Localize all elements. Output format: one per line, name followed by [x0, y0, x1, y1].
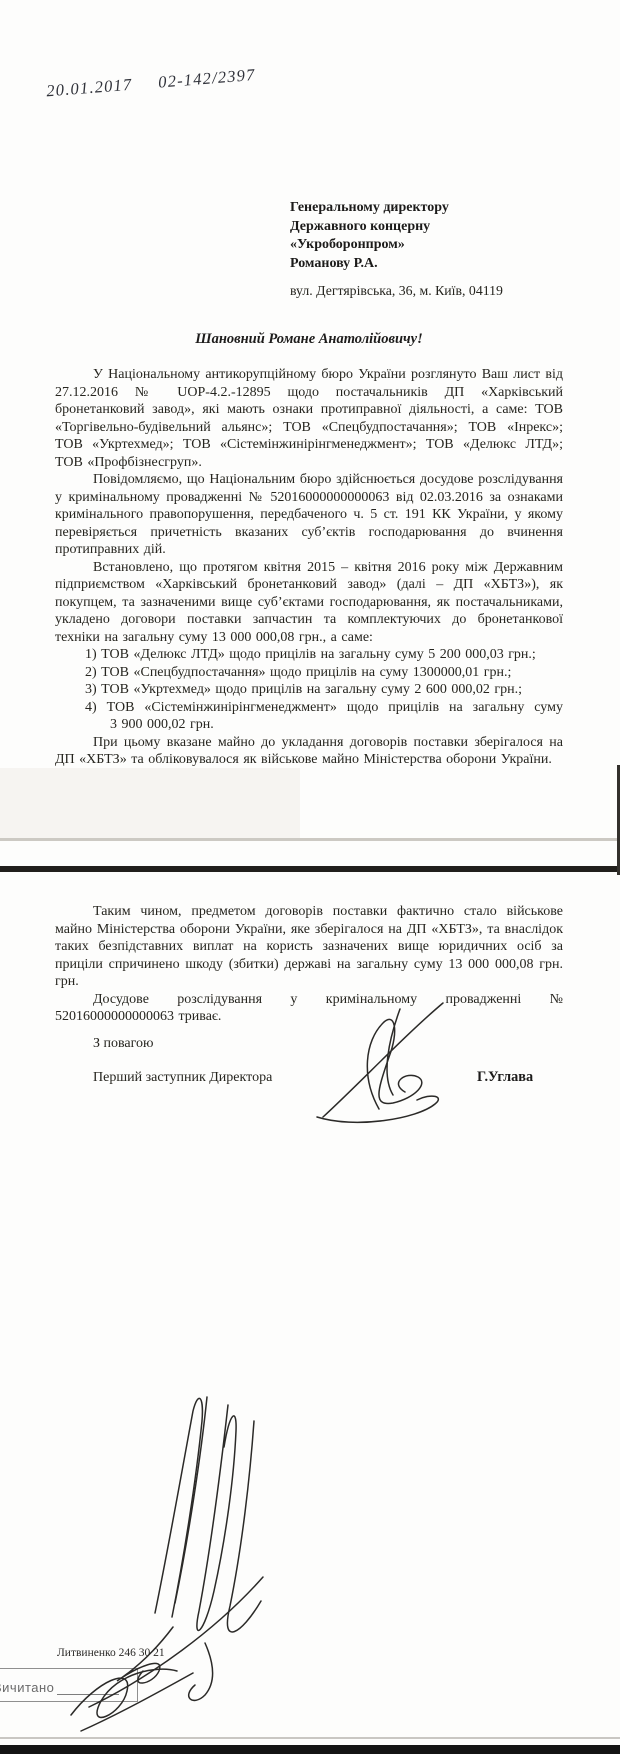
scanned-letter: { "document": { "handwritten_note": { "d…: [0, 0, 620, 1754]
page-break-line: [0, 866, 620, 872]
recipient-line: Державного концерну: [290, 218, 449, 237]
signer-title: Перший заступник Директора: [93, 1070, 272, 1086]
signature-scribble: [55, 1385, 287, 1751]
body-paragraph: При цьому вказане майно до укладання дог…: [55, 734, 563, 769]
list-item-supplier-3: 3) ТОВ «Укртехмед» щодо прицілів на зага…: [55, 681, 563, 699]
recipient-block: Генеральному директору Державного концер…: [290, 199, 449, 273]
salutation: Шановний Романе Анатолійовичу!: [55, 331, 563, 348]
handwritten-date: 20.01.2017: [46, 75, 133, 101]
recipient-line: «Укроборонпром»: [290, 236, 449, 255]
body-paragraph: Встановлено, що протягом квітня 2015 – к…: [55, 559, 563, 647]
recipient-line: Генеральному директору: [290, 199, 449, 218]
body-paragraph: У Національному антикорупційному бюро Ук…: [55, 366, 563, 471]
list-item-supplier-2: 2) ТОВ «Спецбудпостачання» щодо прицілів…: [55, 664, 563, 682]
list-item-supplier-4: 4) ТОВ «Сістемінжинірінгменеджмент» щодо…: [55, 699, 563, 734]
recipient-address: вул. Дегтярівська, 36, м. Київ, 04119: [290, 283, 503, 299]
signer-name: Г.Углава: [477, 1069, 533, 1086]
body-paragraph: Таким чином, предметом договорів поставк…: [55, 903, 563, 991]
regards-line: З повагою: [93, 1036, 154, 1052]
stamp-label: Вичитано: [0, 1680, 54, 1695]
letter-body-page1: У Національному антикорупційному бюро Ук…: [55, 366, 563, 769]
handwritten-number: 02-142/2397: [157, 65, 256, 92]
list-item-supplier-1: 1) ТОВ «Делюкс ЛТД» щодо прицілів на заг…: [55, 646, 563, 664]
handwritten-registration-note: 20.01.201702-142/2397: [46, 63, 287, 102]
scan-shadow: [0, 768, 300, 838]
recipient-line: Романову Р.А.: [290, 255, 449, 274]
signature-uglava: [305, 995, 465, 1135]
page1-bottom-edge: [0, 838, 620, 841]
body-paragraph: Повідомляємо, що Національним бюро здійс…: [55, 471, 563, 559]
